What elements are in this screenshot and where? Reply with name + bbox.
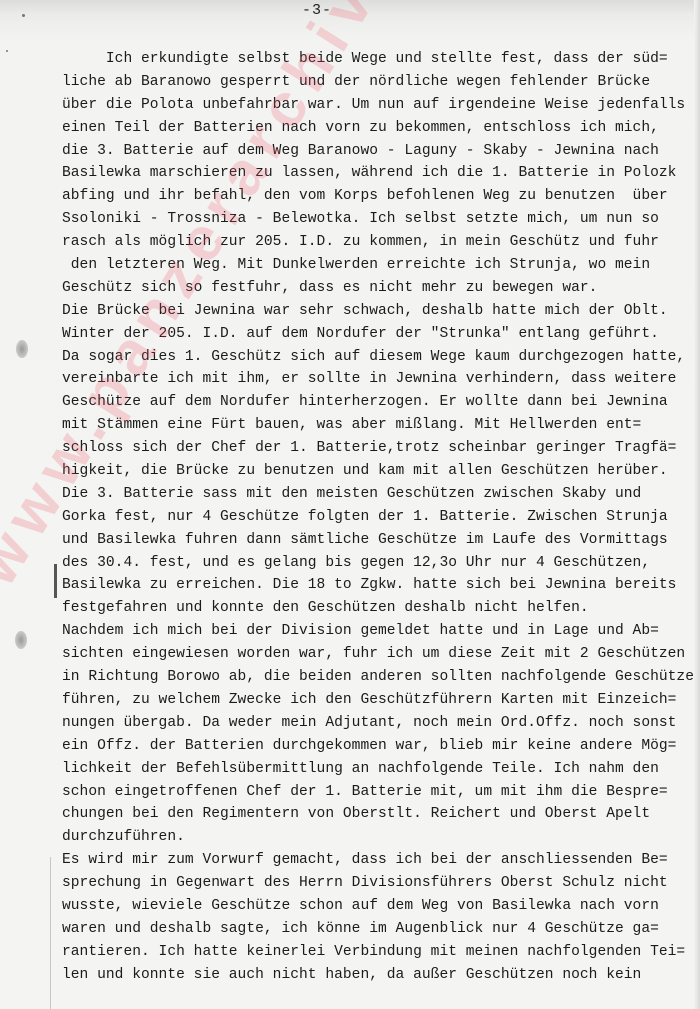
text-line: liche ab Baranowo gesperrt und der nördl… — [62, 71, 700, 94]
text-line: rantieren. Ich hatte keinerlei Verbindun… — [62, 941, 700, 964]
margin-annotation-line — [50, 857, 51, 1009]
page-number: -3- — [302, 2, 332, 19]
text-line: chungen bei den Regimentern von Oberstlt… — [62, 803, 700, 826]
text-line: durchzuführen. — [62, 826, 700, 849]
text-line: vereinbarte ich mit ihm, er sollte in Je… — [62, 368, 700, 391]
text-line: in Richtung Borowo ab, die beiden andere… — [62, 666, 700, 689]
text-line: waren und deshalb sagte, ich könne im Au… — [62, 918, 700, 941]
text-line: Gorka fest, nur 4 Geschütze folgten der … — [62, 506, 700, 529]
text-line: len und konnte sie auch nicht haben, da … — [62, 964, 700, 987]
text-line: des 30.4. fest, und es gelang bis gegen … — [62, 552, 700, 575]
scan-speck — [22, 14, 25, 17]
text-line: ein Offz. der Batterien durchgekommen wa… — [62, 735, 700, 758]
text-line: Ssoloniki - Trossniza - Belewotka. Ich s… — [62, 208, 700, 231]
text-line: rasch als möglich zur 205. I.D. zu komme… — [62, 231, 700, 254]
text-line: Die 3. Batterie sass mit den meisten Ges… — [62, 483, 700, 506]
text-line: Winter der 205. I.D. auf dem Nordufer de… — [62, 323, 700, 346]
text-line: Die Brücke bei Jewnina war sehr schwach,… — [62, 300, 700, 323]
text-line: Ich erkundigte selbst beide Wege und ste… — [62, 48, 700, 71]
text-line: nungen übergab. Da weder mein Adjutant, … — [62, 712, 700, 735]
text-line: lichkeit der Befehlsübermittlung an nach… — [62, 758, 700, 781]
text-line: Geschütze auf dem Nordufer hinterherzoge… — [62, 391, 700, 414]
text-line: und Basilewka fuhren dann sämtliche Gesc… — [62, 529, 700, 552]
text-line: higkeit, die Brücke zu benutzen und kam … — [62, 460, 700, 483]
document-page: -3- Ich erkundigte selbst beide Wege und… — [0, 0, 700, 1009]
text-line: sprechung in Gegenwart des Herrn Divisio… — [62, 872, 700, 895]
text-line: festgefahren und konnte den Geschützen d… — [62, 597, 700, 620]
text-line: Basilewka zu erreichen. Die 18 to Zgkw. … — [62, 574, 700, 597]
text-line: Es wird mir zum Vorwurf gemacht, dass ic… — [62, 849, 700, 872]
text-line: schloss sich der Chef der 1. Batterie,tr… — [62, 437, 700, 460]
scan-speck — [6, 50, 8, 52]
text-line: Geschütz sich so festfuhr, dass es nicht… — [62, 277, 700, 300]
text-line: einen Teil der Batterien nach vorn zu be… — [62, 117, 700, 140]
text-line: schon eingetroffenen Chef der 1. Batteri… — [62, 781, 700, 804]
text-line: Basilewka marschieren zu lassen, während… — [62, 162, 700, 185]
text-line: wusste, wieviele Geschütze schon auf dem… — [62, 895, 700, 918]
text-line: den letzteren Weg. Mit Dunkelwerden erre… — [62, 254, 700, 277]
text-line: Nachdem ich mich bei der Division gemeld… — [62, 620, 700, 643]
document-body-text: Ich erkundigte selbst beide Wege und ste… — [62, 48, 700, 987]
punch-hole-mark — [16, 340, 28, 358]
margin-annotation-bar — [54, 564, 57, 598]
punch-hole-mark — [15, 631, 27, 649]
text-line: abfing und ihr befahl, den vom Korps bef… — [62, 185, 700, 208]
text-line: Da sogar dies 1. Geschütz sich auf diese… — [62, 346, 700, 369]
text-line: die 3. Batterie auf dem Weg Baranowo - L… — [62, 140, 700, 163]
text-line: über die Polota unbefahrbar war. Um nun … — [62, 94, 700, 117]
text-line: führen, zu welchem Zwecke ich den Geschü… — [62, 689, 700, 712]
text-line: sichten eingewiesen worden war, fuhr ich… — [62, 643, 700, 666]
text-line: mit Stämmen eine Fürt bauen, was aber mi… — [62, 414, 700, 437]
